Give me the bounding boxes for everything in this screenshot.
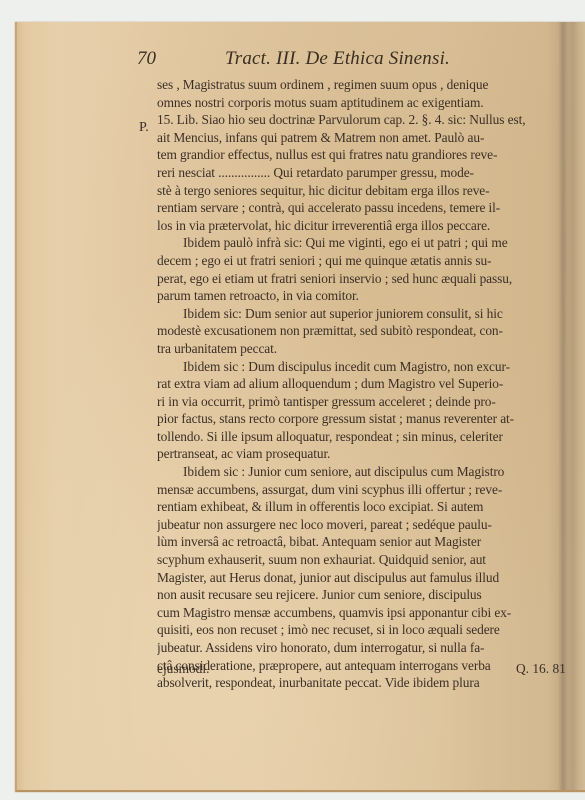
body-text: ses , Magistratus suum ordinem , regimen…: [157, 76, 577, 692]
text-line: non ausit recusare seu rejicere. Junior …: [157, 586, 577, 604]
text-line: 15. Lib. Siao hio seu doctrinæ Parvuloru…: [157, 111, 577, 129]
text-line: jubeatur non assurgere nec loco moveri, …: [157, 516, 577, 534]
text-line: modestè excusationem non præmittat, sed …: [157, 322, 577, 340]
text-line: cum Magistro mensæ accumbens, quamvis ip…: [157, 604, 577, 622]
last-line: ejusmodi.: [157, 661, 209, 677]
text-line: Ibidem sic : Dum discipulus incedit cum …: [157, 358, 577, 376]
text-line: parum tamen retroacto, in via comitor.: [157, 287, 577, 305]
text-line: ri in via occurrit, primò tantisper gres…: [157, 393, 577, 411]
page-number: 70: [137, 48, 156, 70]
text-line: tra urbanitatem peccat.: [157, 340, 577, 358]
text-line: quisiti, eos non recuset ; imò nec recus…: [157, 621, 577, 639]
catchword: Q. 16. 81: [516, 661, 566, 677]
page-header: 70 Tract. III. De Ethica Sinensi.: [127, 48, 557, 74]
text-line: ait Mencius, infans qui patrem & Matrem …: [157, 129, 577, 147]
text-line: lùm inversâ ac retroactâ, bibat. Antequa…: [157, 533, 577, 551]
text-line: pertranseat, ac viam prosequatur.: [157, 445, 577, 463]
text-line: jubeatur. Assidens viro honorato, dum in…: [157, 639, 577, 657]
text-line: Ibidem paulò infrà sic: Qui me viginti, …: [157, 234, 577, 252]
text-line: decem ; ego ei ut fratri seniori ; qui m…: [157, 252, 577, 270]
text-line: perat, ego ei etiam ut fratri seniori in…: [157, 270, 577, 288]
text-line: reri nesciat ................ Qui retard…: [157, 164, 577, 182]
text-line: omnes nostri corporis motus suam aptitud…: [157, 94, 577, 112]
text-line: absolverit, respondeat, inurbanitate pec…: [157, 674, 577, 692]
text-line: tollendo. Si ille ipsum alloquatur, resp…: [157, 428, 577, 446]
text-line: Ibidem sic : Junior cum seniore, aut dis…: [157, 463, 577, 481]
margin-mark: P.: [139, 120, 149, 136]
text-line: mensæ accumbens, assurgat, dum vini scyp…: [157, 481, 577, 499]
text-line: Magister, aut Herus donat, junior aut di…: [157, 569, 577, 587]
text-line: scyphum exhauserit, suum non exhauriat. …: [157, 551, 577, 569]
text-line: tem grandior effectus, nullus est qui fr…: [157, 146, 577, 164]
text-line: Ibidem sic: Dum senior aut superior juni…: [157, 305, 577, 323]
text-line: ctâ consideratione, præpropere, aut ante…: [157, 657, 577, 675]
text-line: rentiam servare ; contrà, qui accelerato…: [157, 199, 577, 217]
text-line: rat extra viam ad alium alloquendum ; du…: [157, 375, 577, 393]
text-line: ses , Magistratus suum ordinem , regimen…: [157, 76, 577, 94]
text-line: los in via prætervolat, hic dicitur irre…: [157, 217, 577, 235]
text-line: rentiam exhibeat, & illum in offerentis …: [157, 498, 577, 516]
text-line: stè à tergo seniores sequitur, hic dicit…: [157, 182, 577, 200]
text-line: pior factus, stans recto corpore gressum…: [157, 410, 577, 428]
running-title: Tract. III. De Ethica Sinensi.: [225, 48, 450, 70]
